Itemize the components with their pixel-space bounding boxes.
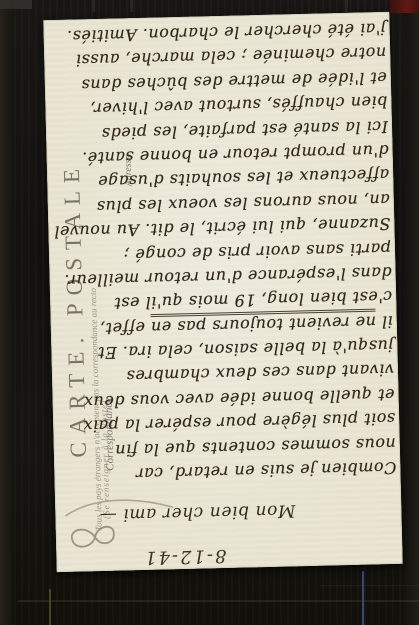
frame-right-edge [403,0,419,625]
handwriting-block: j'ai été chercher le charbon. Amitiés.no… [49,16,396,487]
horizontal-scratch [320,585,419,586]
photo-of-postcard: { "photo": { "background": { "color": "#… [0,0,419,625]
frame-streak [345,0,348,12]
double-underlined-phrase: ne revient toujours pas en [150,308,376,337]
blue-scratch-line [362,571,364,625]
pencil-eight-mark [72,527,115,547]
frame-left-edge [0,0,14,625]
horizontal-scratch [18,600,419,602]
frame-streak [130,0,133,12]
pencil-arc [65,499,173,516]
olive-scratch-line [49,589,51,625]
gray-corner-patch [0,0,32,9]
postcard: CARTE. POSTALE Correspondance Adresse To… [43,12,402,572]
frame-streak [92,0,95,12]
red-corner-patch [390,0,419,13]
pencil-marks [59,485,191,562]
